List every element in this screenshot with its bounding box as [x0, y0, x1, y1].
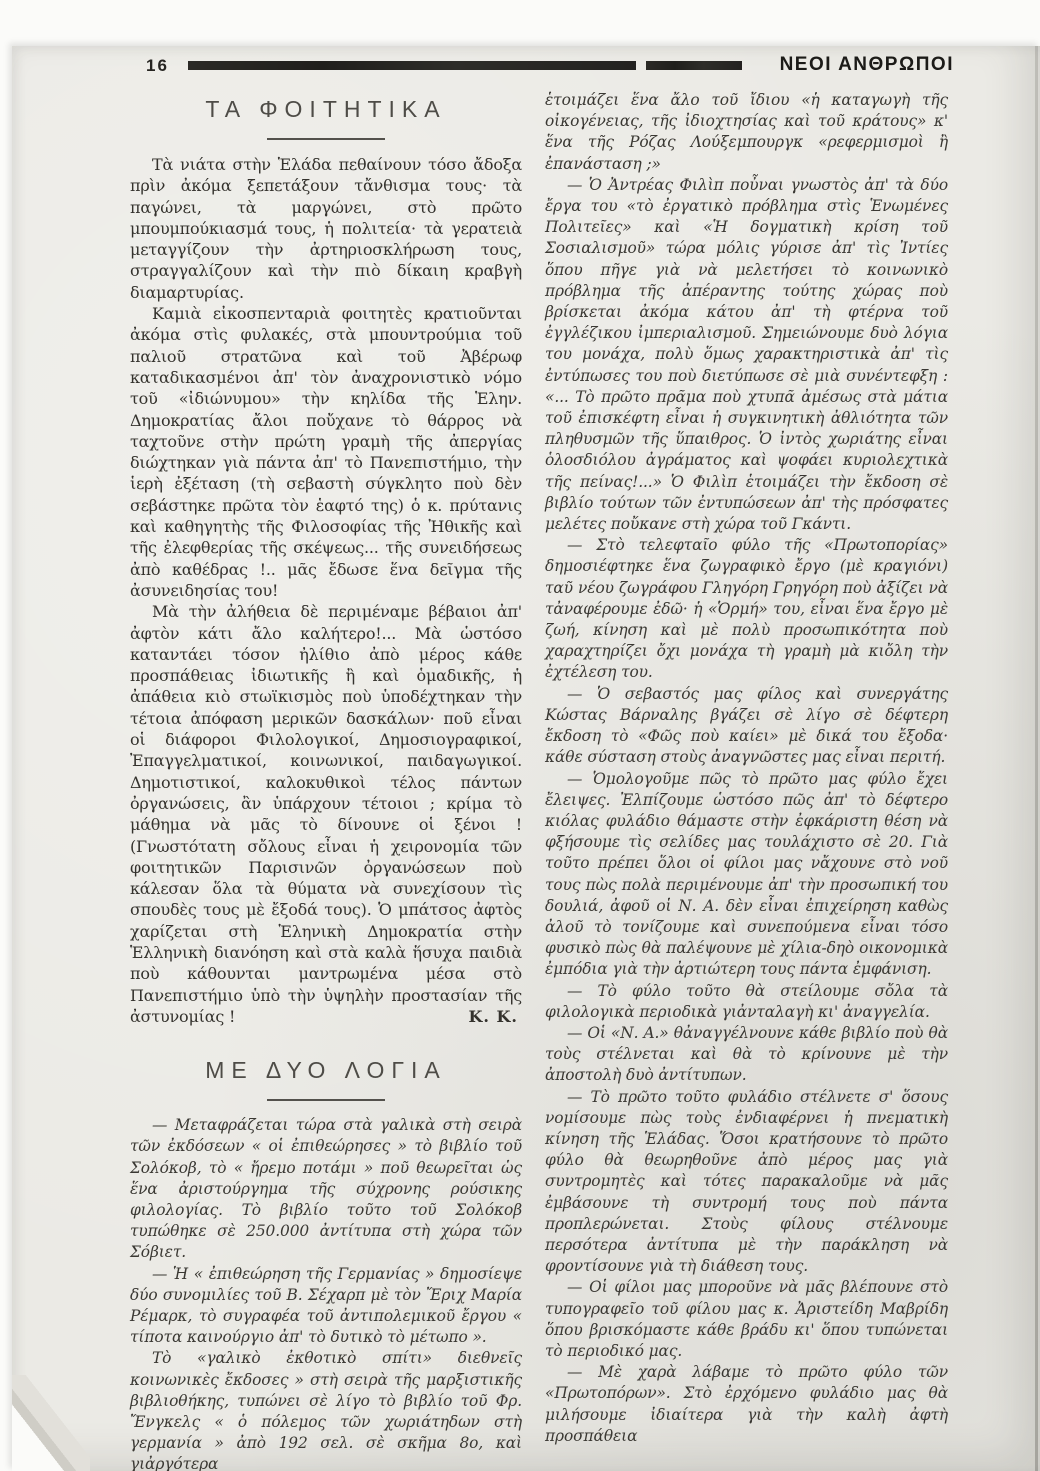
paragraph: — Τὸ φύλο τοῦτο θὰ στείλουμε σὄλα τὰ φιλ… [545, 981, 948, 1023]
paragraph: Τὰ νιάτα στὴν Ἑλάδα πεθαίνουν τόσο ἄδοξα… [130, 154, 522, 303]
right-column: ἑτοιμάζει ἕνα ἄλο τοῦ ἴδιου «ἡ καταγωγὴ … [545, 90, 948, 1447]
paragraph: — Ὁ σεβαστός μας φίλος καὶ συνεργάτης Κώ… [545, 684, 948, 769]
paragraph: — Μεταφράζεται τώρα στὰ γαλικὰ στὴ σειρὰ… [130, 1115, 522, 1263]
paragraph: ἑτοιμάζει ἕνα ἄλο τοῦ ἴδιου «ἡ καταγωγὴ … [545, 90, 948, 175]
paragraph: — Ὁμολογοῦμε πῶς τὸ πρῶτο μας φύλο ἔχει … [545, 769, 948, 981]
paragraph: — Ἡ « ἐπιθεώρηση τῆς Γερμανίας » δημοσίε… [130, 1264, 522, 1349]
right-column-paragraphs: ἑτοιμάζει ἕνα ἄλο τοῦ ἴδιου «ἡ καταγωγὴ … [545, 90, 948, 1447]
article1-title: ΤΑ ΦΟΙΤΗΤΙΚΑ [130, 96, 522, 123]
masthead-title: ΝΕΟΙ ΑΝΘΡΩΠΟΙ [754, 54, 954, 76]
magazine-page: 16 ΝΕΟΙ ΑΝΘΡΩΠΟΙ ΤΑ ΦΟΙΤΗΤΙΚΑ Τὰ νιάτα σ… [12, 46, 1040, 1471]
header-rule-left [188, 61, 636, 70]
article1-paragraphs: Τὰ νιάτα στὴν Ἑλάδα πεθαίνουν τόσο ἄδοξα… [130, 154, 522, 601]
paragraph: — Οἱ «Ν. Α.» θἀναγγέλνουνε κάθε βιβλίο π… [545, 1023, 948, 1087]
article2-title: ΜΕ ΔΥΟ ΛΟΓΙΑ [130, 1057, 522, 1084]
paragraph: — Μὲ χαρὰ λάβαμε τὸ πρῶτο φύλο τῶν «Πρωτ… [545, 1362, 948, 1447]
author-initials: Κ. Κ. [446, 1006, 522, 1027]
paragraph: — Τὸ πρῶτο τοῦτο φυλάδιο στέλνετε σ' ὅσο… [545, 1087, 948, 1278]
paragraph: Τὸ «γαλικὸ ἐκθοτικὸ σπίτι» διεθνεῖς κοιν… [130, 1348, 522, 1471]
paragraph-text: Μὰ τὴν ἀλήθεια δὲ περιμέναμε βέβαιοι ἀπ'… [130, 602, 522, 1026]
title-underline [267, 138, 385, 140]
paragraph: — Στὸ τελεφταῖο φύλο τῆς «Πρωτοπορίας» δ… [545, 535, 948, 683]
header-rule-right [646, 61, 742, 70]
page-scan: 16 ΝΕΟΙ ΑΝΘΡΩΠΟΙ ΤΑ ΦΟΙΤΗΤΙΚΑ Τὰ νιάτα σ… [0, 0, 1040, 1471]
title-underline [267, 1099, 385, 1101]
page-number: 16 [146, 56, 169, 76]
paragraph: Καμιὰ εἰκοσπενταριὰ φοιτητὲς κρατιοῦνται… [130, 303, 522, 601]
article2-paragraphs: — Μεταφράζεται τώρα στὰ γαλικὰ στὴ σειρὰ… [130, 1115, 522, 1471]
page-edge-shadow [1035, 46, 1038, 1471]
page-corner-fold [12, 1375, 90, 1471]
paragraph: — Οἱ φίλοι μας μποροῦνε νὰ μᾶς βλέπουνε … [545, 1277, 948, 1362]
paragraph-with-signature: Μὰ τὴν ἀλήθεια δὲ περιμέναμε βέβαιοι ἀπ'… [130, 601, 522, 1027]
page-header: 16 ΝΕΟΙ ΑΝΘΡΩΠΟΙ [12, 46, 1040, 86]
left-column: ΤΑ ΦΟΙΤΗΤΙΚΑ Τὰ νιάτα στὴν Ἑλάδα πεθαίνο… [130, 96, 522, 1471]
paragraph: — Ὁ Ἀντρέας Φιλὶπ ποὖναι γνωστὸς ἀπ' τὰ … [545, 175, 948, 535]
